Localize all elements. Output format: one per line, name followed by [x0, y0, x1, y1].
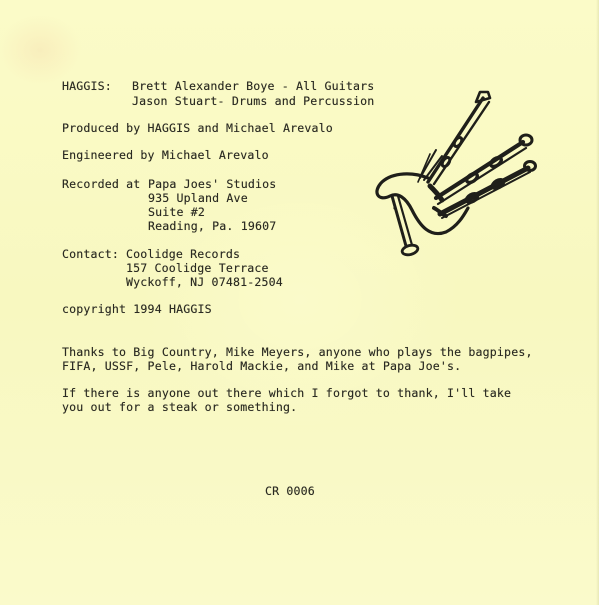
- band-member-credit: Jason Stuart- Drums and Percussion: [132, 94, 374, 108]
- thanks-line: FIFA, USSF, Pele, Harold Mackie, and Mik…: [62, 359, 461, 373]
- catalog-number: CR 0006: [265, 484, 315, 498]
- producer-credit: Produced by HAGGIS and Michael Arevalo: [62, 121, 333, 135]
- thanks-line: Thanks to Big Country, Mike Meyers, anyo…: [62, 345, 533, 359]
- liner-notes-page: HAGGIS: Brett Alexander Boye - All Guita…: [0, 0, 599, 605]
- recorded-label: Recorded at: [62, 177, 140, 191]
- forgot-line: you out for a steak or something.: [62, 400, 297, 414]
- studio-address-line: Papa Joes' Studios: [148, 177, 276, 191]
- studio-address-line: Suite #2: [148, 205, 205, 219]
- contact-address-line: 157 Coolidge Terrace: [126, 261, 269, 275]
- studio-address-line: Reading, Pa. 19607: [148, 219, 276, 233]
- copyright-notice: copyright 1994 HAGGIS: [62, 302, 212, 316]
- bagpipes-icon: [368, 90, 543, 265]
- contact-address-line: Wyckoff, NJ 07481-2504: [126, 275, 283, 289]
- band-member-credit: Brett Alexander Boye - All Guitars: [132, 79, 374, 93]
- forgot-line: If there is anyone out there which I for…: [62, 386, 511, 400]
- studio-address-line: 935 Upland Ave: [148, 191, 248, 205]
- contact-address-line: Coolidge Records: [126, 247, 240, 261]
- contact-label: Contact:: [62, 247, 119, 261]
- band-label: HAGGIS:: [62, 79, 112, 93]
- engineer-credit: Engineered by Michael Arevalo: [62, 148, 269, 162]
